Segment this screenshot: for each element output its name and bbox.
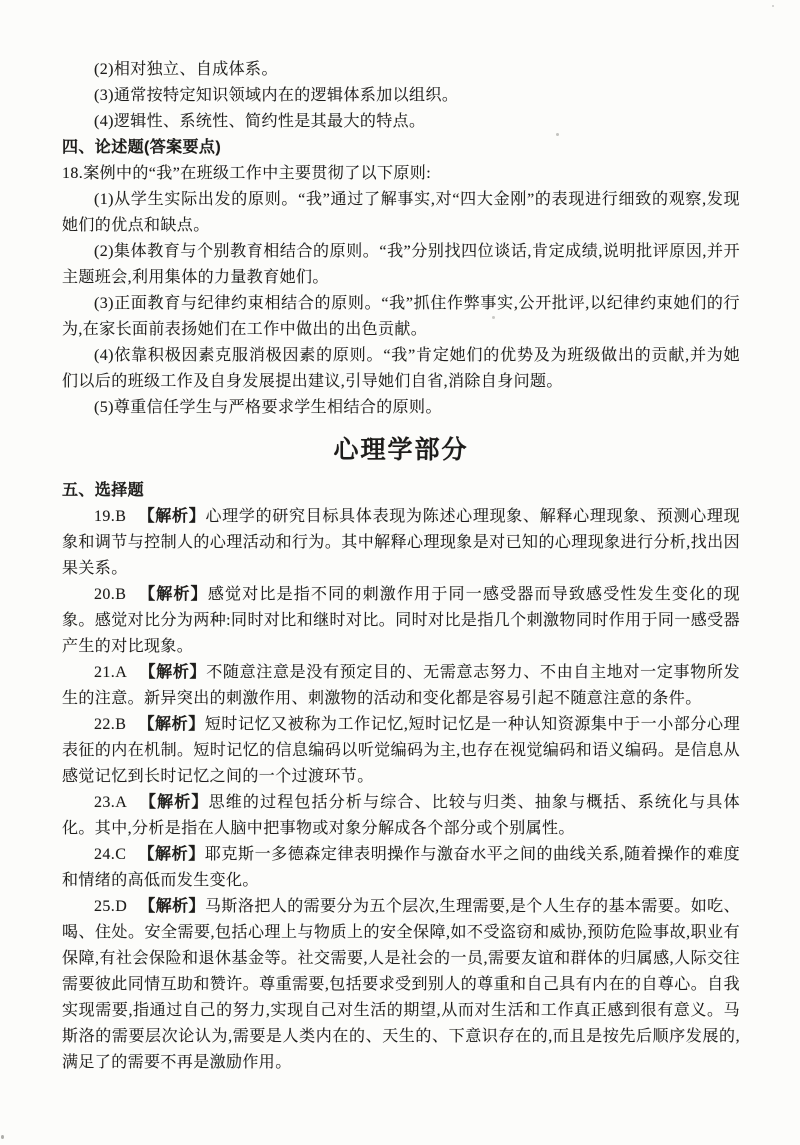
- scanned-document-page: (2)相对独立、自成体系。 (3)通常按特定知识领域内在的逻辑体系加以组织。 (…: [0, 0, 800, 1145]
- item-number: 23.A: [94, 794, 127, 811]
- analysis-label: 【解析】: [138, 716, 205, 733]
- analysis-label: 【解析】: [139, 664, 206, 681]
- item-number: 25.D: [94, 898, 127, 915]
- analysis-label: 【解析】: [138, 586, 208, 603]
- choice-item-19: 19.B【解析】心理学的研究目标具体表现为陈述心理现象、解释心理现象、预测心理现…: [62, 504, 740, 582]
- item-number: 24.C: [94, 846, 126, 863]
- item-text: 马斯洛把人的需要分为五个层次,生理需要,是个人生存的基本需要。如吃、喝、住处。安…: [62, 898, 740, 1071]
- text-block: (2)相对独立、自成体系。 (3)通常按特定知识领域内在的逻辑体系加以组织。 (…: [62, 57, 740, 1076]
- choice-item-23: 23.A【解析】思维的过程包括分析与综合、比较与归类、抽象与概括、系统化与具体化…: [62, 790, 740, 842]
- answer-paragraph-2: (2)集体教育与个别教育相结合的原则。“我”分别找四位谈话,肯定成绩,说明批评原…: [62, 239, 740, 291]
- analysis-label: 【解析】: [138, 508, 205, 525]
- choice-item-25: 25.D【解析】马斯洛把人的需要分为五个层次,生理需要,是个人生存的基本需要。如…: [62, 894, 740, 1076]
- answer-paragraph-1: (1)从学生实际出发的原则。“我”通过了解事实,对“四大金刚”的表现进行细致的观…: [62, 187, 740, 239]
- question-18-intro: 18.案例中的“我”在班级工作中主要贯彻了以下原则:: [62, 161, 740, 187]
- answer-paragraph-5: (5)尊重信任学生与严格要求学生相结合的原则。: [62, 395, 740, 421]
- analysis-label: 【解析】: [139, 794, 208, 811]
- answer-paragraph-3: (3)正面教育与纪律约束相结合的原则。“我”抓住作弊事实,公开批评,以纪律约束她…: [62, 291, 740, 343]
- section-heading-essay: 四、论述题(答案要点): [62, 135, 740, 161]
- choice-item-21: 21.A【解析】不随意注意是没有预定目的、无需意志努力、不由自主地对一定事物所发…: [62, 660, 740, 712]
- scan-speck: [556, 133, 559, 136]
- section-heading-multiple-choice: 五、选择题: [62, 478, 740, 504]
- answer-line-3: (3)通常按特定知识领域内在的逻辑体系加以组织。: [62, 83, 740, 109]
- choice-item-24: 24.C【解析】耶克斯一多德森定律表明操作与激奋水平之间的曲线关系,随着操作的难…: [62, 842, 740, 894]
- answer-line-4: (4)逻辑性、系统性、简约性是其最大的特点。: [62, 109, 740, 135]
- answer-paragraph-4: (4)依靠积极因素克服消极因素的原则。“我”肯定她们的优势及为班级做出的贡献,并…: [62, 343, 740, 395]
- item-number: 22.B: [94, 716, 126, 733]
- analysis-label: 【解析】: [139, 898, 205, 915]
- item-number: 20.B: [94, 586, 126, 603]
- answer-line-2: (2)相对独立、自成体系。: [62, 57, 740, 83]
- choice-item-22: 22.B【解析】短时记忆又被称为工作记忆,短时记忆是一种认知资源集中于一小部分心…: [62, 712, 740, 790]
- analysis-label: 【解析】: [138, 846, 205, 863]
- item-number: 19.B: [94, 508, 126, 525]
- scan-speck: [492, 316, 495, 319]
- part-title-psychology: 心理学部分: [62, 432, 740, 468]
- item-number: 21.A: [94, 664, 127, 681]
- scan-speck: [1, 1135, 4, 1139]
- scan-speck: [772, 5, 774, 7]
- choice-item-20: 20.B【解析】感觉对比是指不同的刺激作用于同一感受器而导致感受性发生变化的现象…: [62, 582, 740, 660]
